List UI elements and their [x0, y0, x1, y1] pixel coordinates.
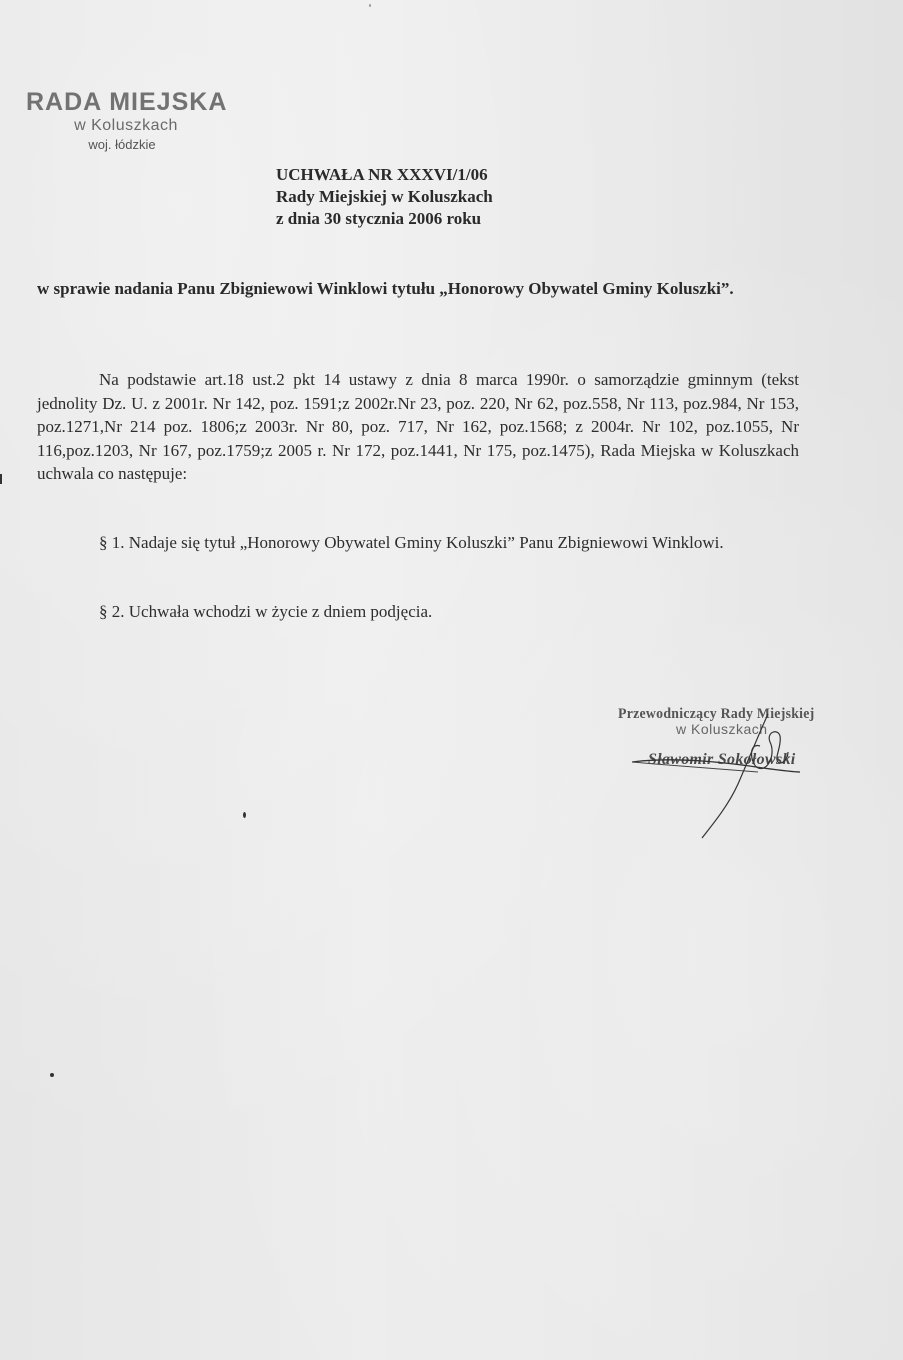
scan-speck	[243, 812, 246, 818]
resolution-heading: UCHWAŁA NR XXXVI/1/06 Rady Miejskiej w K…	[276, 164, 493, 230]
legal-basis-paragraph: Na podstawie art.18 ust.2 pkt 14 ustawy …	[37, 368, 799, 486]
section-2-paragraph: § 2. Uchwała wchodzi w życie z dniem pod…	[37, 600, 799, 624]
section-1-text: § 1. Nadaje się tytuł „Honorowy Obywatel…	[99, 533, 724, 552]
handwritten-signature-icon	[618, 706, 858, 846]
council-stamp: RADA MIEJSKA w Koluszkach woj. łódzkie	[26, 88, 246, 154]
scan-speck	[369, 4, 371, 7]
resolution-issuer: Rady Miejskiej w Koluszkach	[276, 186, 493, 208]
signature-block: Przewodniczący Rady Miejskiej w Koluszka…	[618, 706, 858, 769]
resolution-title: UCHWAŁA NR XXXVI/1/06	[276, 164, 493, 186]
section-2-text: § 2. Uchwała wchodzi w życie z dniem pod…	[99, 602, 432, 621]
scan-speck	[50, 1073, 54, 1077]
scan-speck	[0, 474, 2, 484]
stamp-line-3: woj. łódzkie	[0, 136, 246, 154]
section-1-paragraph: § 1. Nadaje się tytuł „Honorowy Obywatel…	[37, 531, 799, 555]
scanned-page: RADA MIEJSKA w Koluszkach woj. łódzkie U…	[0, 0, 903, 1360]
stamp-line-2: w Koluszkach	[6, 116, 246, 136]
stamp-line-1: RADA MIEJSKA	[26, 88, 246, 116]
legal-basis-text: Na podstawie art.18 ust.2 pkt 14 ustawy …	[37, 370, 799, 483]
resolution-subject: w sprawie nadania Panu Zbigniewowi Winkl…	[37, 278, 797, 300]
resolution-date: z dnia 30 stycznia 2006 roku	[276, 208, 493, 230]
